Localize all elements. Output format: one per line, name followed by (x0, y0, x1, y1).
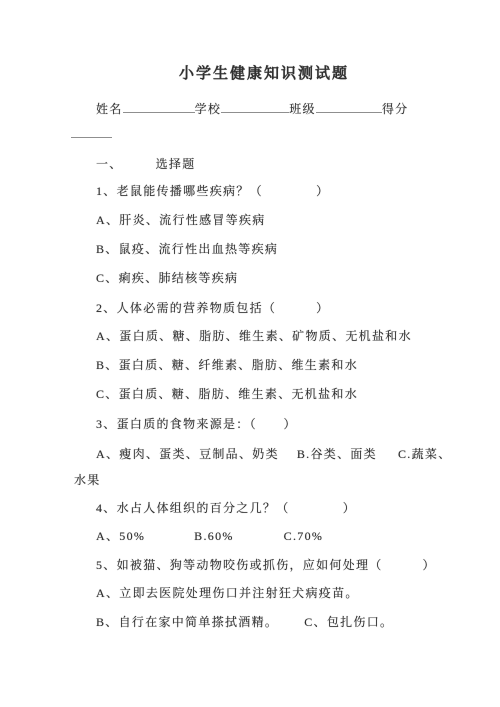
score-blank-continuation-line (71, 125, 112, 143)
header-fields-line: 姓名学校班级得分 (96, 100, 408, 118)
question-3-option-c: C.蔬菜、 (398, 447, 452, 461)
question-3-option-c-wrap: 水果 (74, 472, 101, 489)
question-4-option-b: B.60% (194, 529, 234, 543)
question-3-options-row: A、瘦肉、蛋类、豆制品、奶类B.谷类、面类C.蔬菜、 (96, 446, 452, 463)
question-5-options-row-bc: B、自行在家中简单搽拭酒精。C、包扎伤口。 (96, 614, 393, 631)
section-title: 选择题 (156, 157, 196, 171)
question-3-option-a: A、瘦肉、蛋类、豆制品、奶类 (96, 447, 279, 461)
question-5: 5、如被猫、狗等动物咬伤或抓伤，应如何处理（ ） (96, 557, 436, 574)
question-2: 2、人体必需的营养物质包括（ ） (96, 300, 329, 317)
question-2-option-c: C、蛋白质、糖、脂肪、维生素、无机盐和水 (96, 386, 358, 403)
section-number: 一、 (96, 157, 123, 171)
question-4-option-a: A、50% (96, 529, 145, 543)
question-1-option-c: C、痢疾、肺结核等疾病 (96, 270, 238, 287)
section-heading: 一、选择题 (96, 156, 196, 173)
scanned-test-document: 小学生健康知识测试题 姓名学校班级得分 一、选择题 1、老鼠能传播哪些疾病？（ … (0, 0, 500, 707)
question-2-option-b: B、蛋白质、糖、纤维素、脂肪、维生素和水 (96, 357, 358, 374)
question-1-option-b: B、鼠疫、流行性出血热等疾病 (96, 241, 278, 258)
question-5-option-a: A、立即去医院处理伤口并注射狂犬病疫苗。 (96, 585, 359, 602)
question-1-option-a: A、肝炎、流行性感冒等疾病 (96, 212, 266, 229)
name-label: 姓名 (96, 102, 123, 116)
school-blank-line (221, 100, 289, 113)
question-1: 1、老鼠能传播哪些疾病？（ ） (96, 183, 329, 200)
score-label: 得分 (382, 102, 409, 116)
score-blank-line (71, 125, 112, 138)
question-4: 4、水占人体组织的百分之几？（ ） (96, 500, 356, 517)
name-blank-line (123, 100, 195, 113)
class-label: 班级 (289, 102, 316, 116)
class-blank-line (316, 100, 382, 113)
question-5-option-b: B、自行在家中简单搽拭酒精。 (96, 615, 278, 629)
question-4-option-c: C.70% (284, 529, 324, 543)
question-2-option-a: A、蛋白质、糖、脂肪、维生素、矿物质、无机盐和水 (96, 328, 412, 345)
document-title: 小学生健康知识测试题 (0, 66, 500, 83)
school-label: 学校 (195, 102, 222, 116)
question-3: 3、蛋白质的食物来源是：（ ） (96, 416, 297, 433)
question-4-options-row: A、50%B.60%C.70% (96, 528, 323, 545)
question-3-option-b: B.谷类、面类 (297, 447, 377, 461)
question-5-option-c: C、包扎伤口。 (304, 615, 393, 629)
